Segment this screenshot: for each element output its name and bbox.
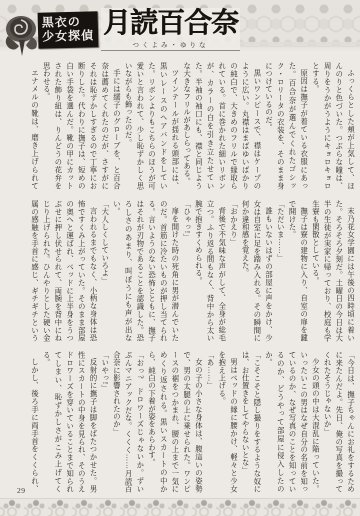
paragraph: 「大人しくしていろよ」	[100, 200, 112, 342]
paragraph: 言われるまでもなく、小柄な身体は恐怖ですくみ上がっていた。そのまま部屋の奥へと運…	[28, 200, 100, 342]
paragraph: 少女の頭の中は大混乱に陥っていた。いったいこの男はなぜ自分の名前を知っているのか…	[263, 351, 322, 493]
paragraph: 原因は撫子が着ている衣服にあった。百合奈が選んでくれたゴシック・ロリータの衣装を…	[263, 62, 310, 190]
page-title: 月読百合奈	[103, 8, 238, 40]
text-band-middle: 末乃花女学園には午後の四時頃に着いた。そろそろ夕刻だ。土曜日の今日は大半の生徒が…	[28, 200, 357, 342]
paragraph: 誰もいないはずの部屋に声をかけ、少女は自室に足を踏み入れる。その瞬間に何か違和感…	[240, 200, 275, 342]
lace-bottom-border	[0, 498, 360, 516]
paragraph: 黒いワンピースで、襟はケープのように広い。丸襟はまばゆいばかりの純白で、大きめの…	[181, 62, 263, 190]
rose-icon	[2, 10, 40, 58]
paragraph: 手には繻子のグローブを、と百合奈は薦めてくれたのだが、さすがにそれは恥ずかしすぎ…	[41, 62, 123, 190]
paragraph: 「いやっ!」	[100, 351, 112, 493]
paragraph: エナメルの靴は、磨き上げられて美しい光沢を放っていた。黒のハイソックスは、上品で…	[28, 62, 41, 190]
paragraph: 背後で不気味な声がして、全身が総毛立つ。ふり返る間もなく、背中から太い腕で抱きす…	[193, 200, 228, 342]
text-band-bottom: 「今日は、撫子ちゃんにお礼をするために来たんだよ。先日、俺の写真を撮ってくれたそ…	[28, 351, 357, 493]
text-band-top: ふっくらとした頬が上気して、ほんのりと色づいた。つぶらな瞳は、周りをうかがうよう…	[28, 62, 357, 190]
page-number: 29	[17, 486, 26, 495]
title-header: 黒衣の 少女探偵 月読百合奈 つくよみ・ゆりな	[2, 8, 240, 60]
paragraph: 撫子は寮の建物に入り、自室の扉を鍵で開けた。	[287, 200, 310, 342]
paragraph: 女の子の小さな身体は、腹這いの姿勢で、男の太腿の上に乗せられた。ワンピースの裾を…	[146, 351, 205, 493]
paragraph: しかし、後ろ手に両手首をくくられ、加えて膝をがっちりと押さえられているために、男…	[28, 351, 41, 493]
series-title-line2: 少女探偵	[42, 29, 94, 45]
paragraph: 「あ……」	[205, 351, 217, 493]
paragraph: 「おっ? ドロワーズじゃないか。ずいぶんマニアックだな。くくく……月読百合奈に影…	[111, 351, 146, 493]
paragraph: 「ひゃっ!」	[181, 200, 193, 342]
paragraph: 反射的に撫子は脚をばたつかせた。男性にスカートの中身を見られ、そのうえドロワーズ…	[41, 351, 100, 493]
main-title-block: 月読百合奈 つくよみ・ゆりな	[101, 8, 240, 51]
paragraph: ふっくらとした頬が上気して、ほんのりと色づいた。つぶらな瞳は、周りをうかがうよう…	[310, 62, 357, 190]
paragraph: 「今日は、撫子ちゃんにお礼をするために来たんだよ。先日、俺の写真を撮ってくれたそ…	[322, 351, 357, 493]
paragraph: 「ただいま……」	[275, 200, 287, 342]
title-furigana: つくよみ・ゆりな	[103, 40, 238, 50]
paragraph: 「こそこそと隠し撮りをするような奴には、お仕置きをしてやらないとな」	[240, 351, 263, 493]
paragraph: 男はベッドの縁に腰かけ、軽々と少女を抱え上げる。	[217, 351, 240, 493]
paragraph: 「おかえり」	[228, 200, 240, 342]
paragraph: 末乃花女学園には午後の四時頃に着いた。そろそろ夕刻だ。土曜日の今日は大半の生徒が…	[310, 200, 357, 342]
series-title: 黒衣の 少女探偵	[38, 11, 99, 48]
novel-page: 黒衣の 少女探偵 月読百合奈 つくよみ・ゆりな ふっくらとした頬が上気して、ほん…	[0, 0, 360, 516]
paragraph: 扉を開けた時の死角に男が潜んでいたのだ。首筋に冷たいものが押し当てられる。言いよ…	[111, 200, 181, 342]
paragraph: ツインテールが揺れる頭部には、黒いレースのヘアバンドをしていた。リボンよりもこち…	[123, 62, 182, 190]
